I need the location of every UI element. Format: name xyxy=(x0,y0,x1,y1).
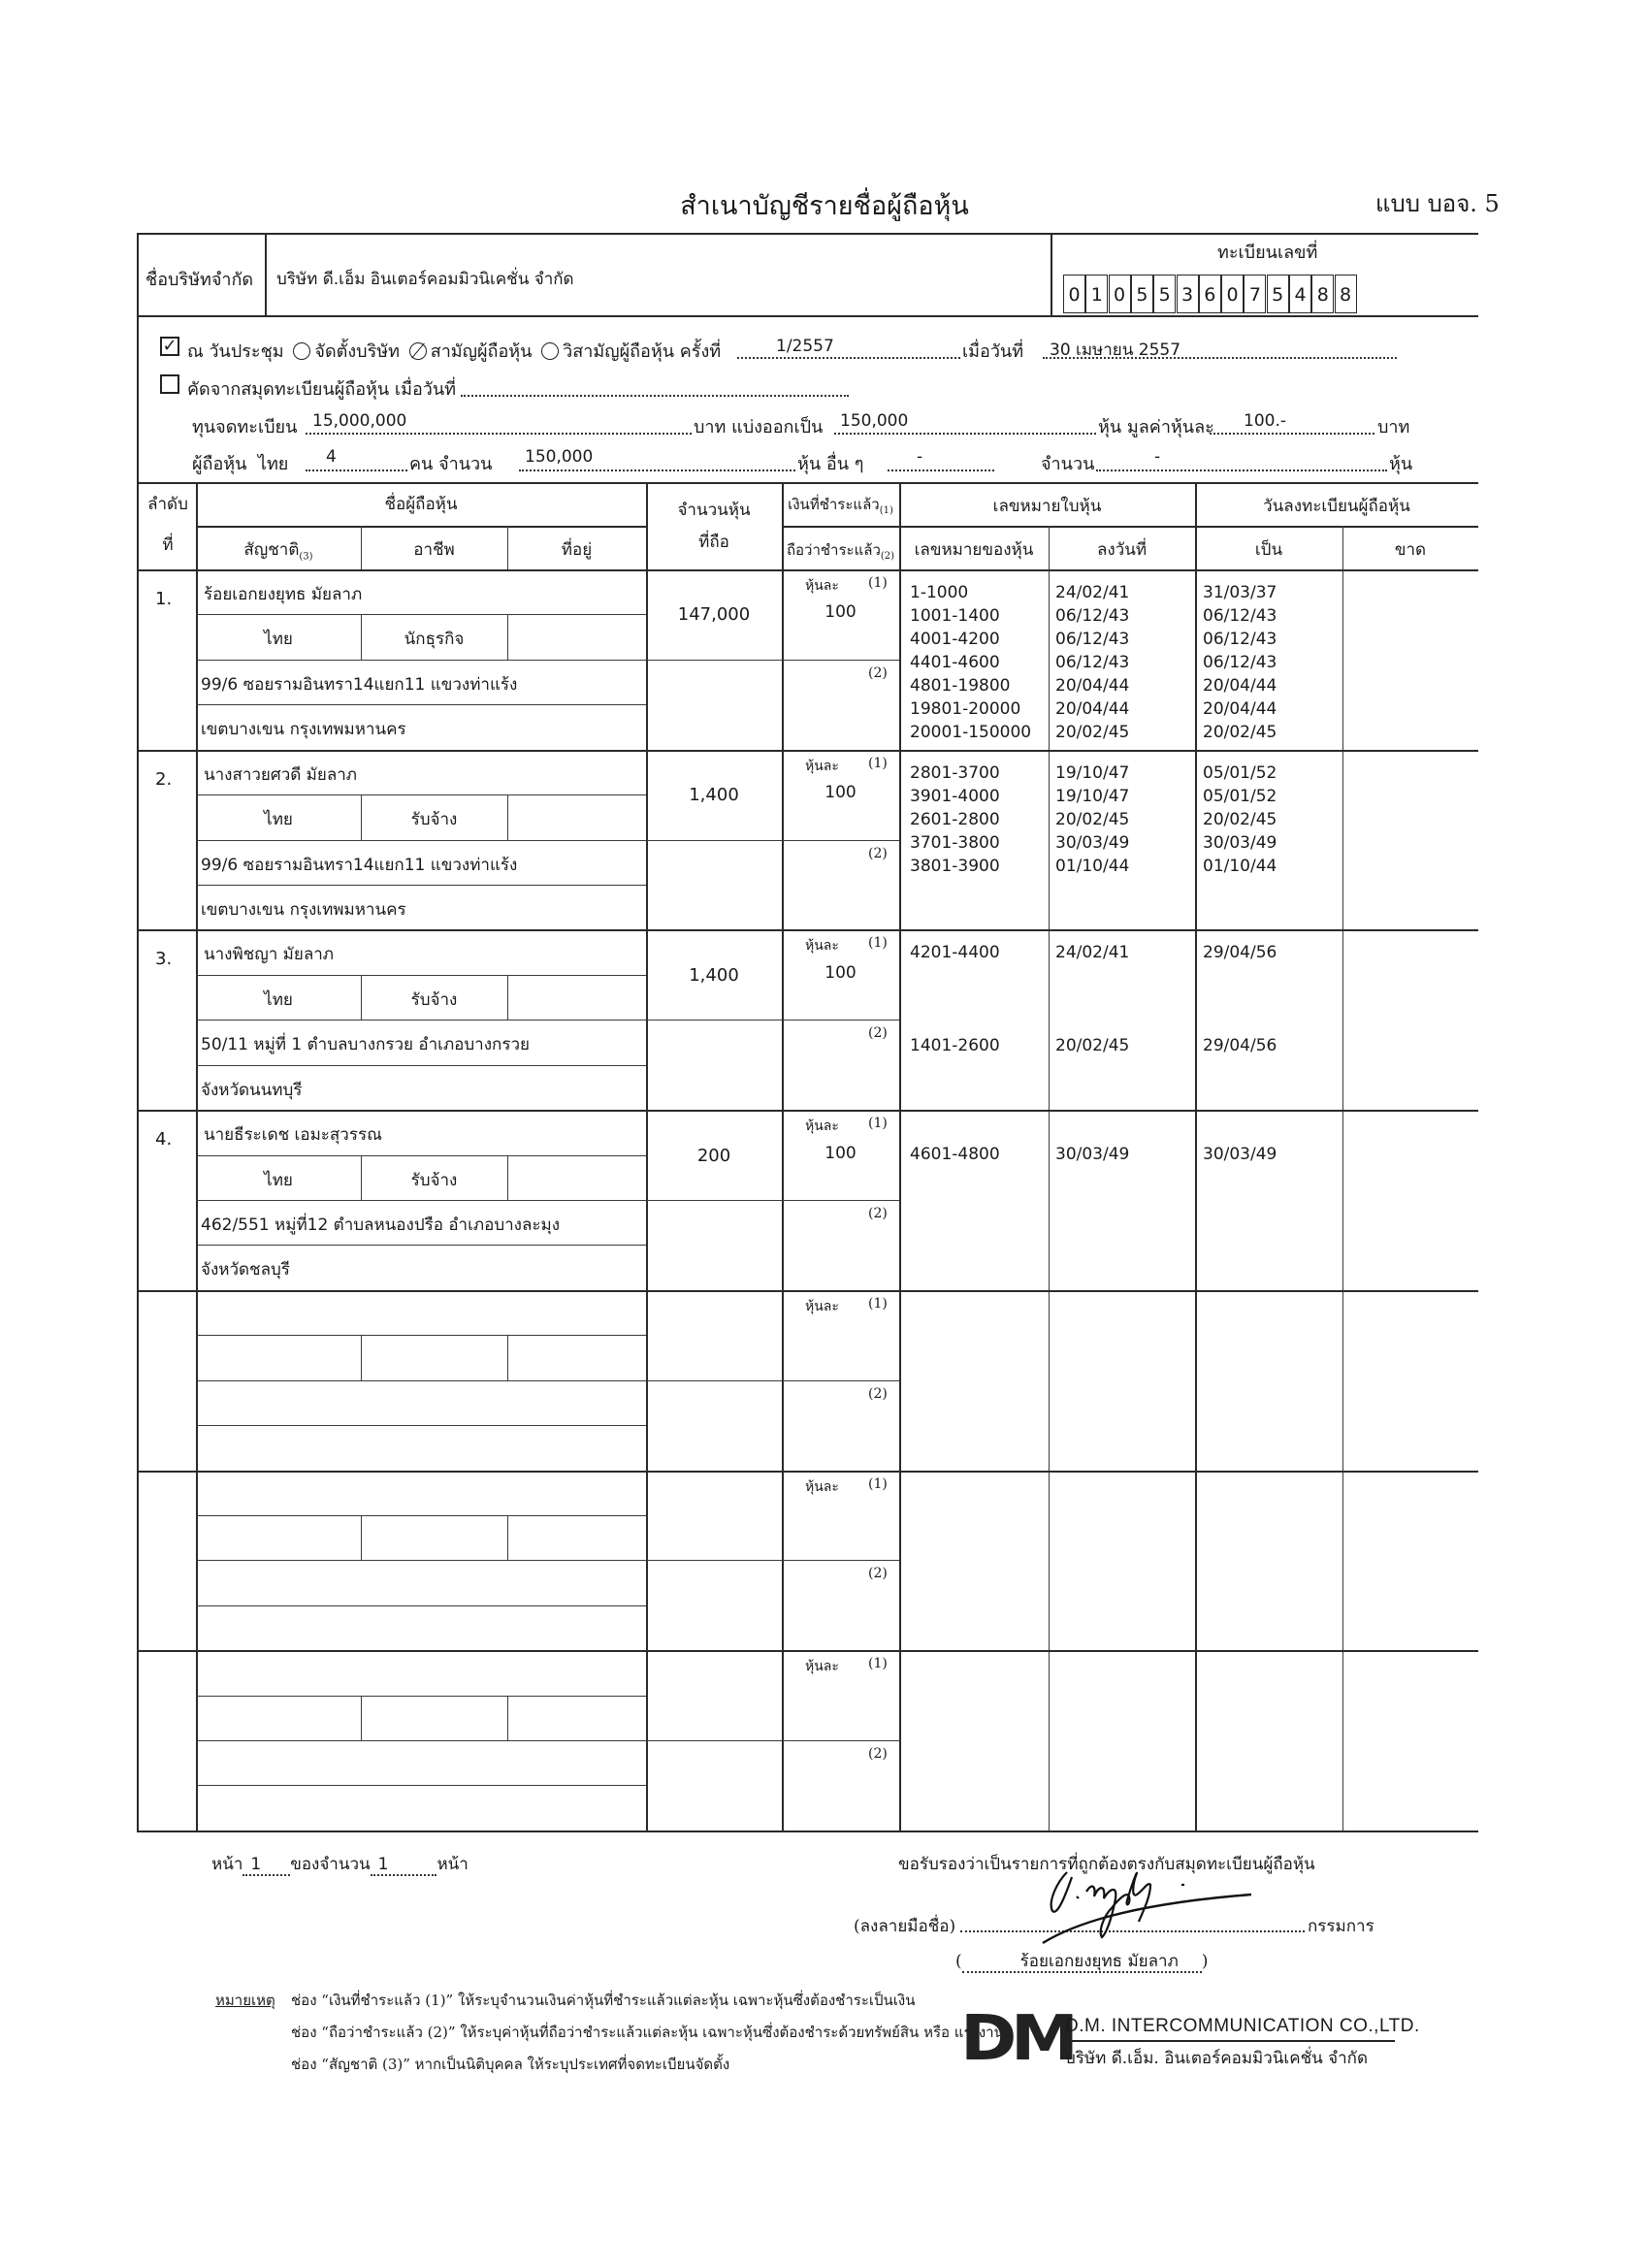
registration-digit: 4 xyxy=(1289,275,1311,313)
mid-sub-divider xyxy=(196,1740,899,1741)
became-date: 05/01/52 xyxy=(1203,785,1277,808)
registration-digit: 0 xyxy=(1109,275,1131,313)
nationality: ไทย xyxy=(196,987,361,1013)
thai-label: ไทย xyxy=(258,454,288,474)
header-no-top: ลำดับ xyxy=(144,491,192,517)
header-cert: เลขหมายใบหุ้น xyxy=(899,493,1195,519)
note-line-2: ช่อง “ถือว่าชำระแล้ว (2)” ให้ระบุค่าหุ้น… xyxy=(291,2021,1004,2044)
registration-digit: 8 xyxy=(1335,275,1357,313)
cert-number: 3701-3800 xyxy=(910,831,1000,855)
radio-founding-label: จัดตั้งบริษัท xyxy=(314,341,400,362)
thai-shares-field[interactable]: 150,000 xyxy=(525,447,593,467)
meeting-checkbox-label: ณ วันประชุม xyxy=(187,341,284,362)
row-number: 3. xyxy=(155,949,172,969)
registration-digit: 5 xyxy=(1267,275,1289,313)
per-share-label: หุ้นละ xyxy=(805,1116,839,1137)
registration-digit: 0 xyxy=(1063,275,1085,313)
header-name: ชื่อผู้ถือหุ้น xyxy=(196,491,646,517)
shareholder-name: นางพิชญา มัยลาภ xyxy=(204,941,334,967)
radio-ordinary[interactable] xyxy=(409,342,427,360)
became-date: 20/02/45 xyxy=(1203,808,1277,831)
row-bottom-border xyxy=(137,929,1478,931)
meeting-date-label: เมื่อวันที่ xyxy=(962,337,1023,365)
occ-divider xyxy=(507,975,508,1020)
became-date: 20/04/44 xyxy=(1203,697,1277,721)
became-date: 29/04/56 xyxy=(1203,941,1277,964)
note-1-label: (1) xyxy=(868,935,888,951)
address-line-2: จังหวัดชลบุรี xyxy=(201,1256,290,1282)
meeting-no-dots xyxy=(737,357,960,359)
par-value-field[interactable]: 100.- xyxy=(1244,411,1286,431)
row-number: 4. xyxy=(155,1129,172,1150)
note-1-label: (1) xyxy=(868,1476,888,1492)
notes-heading: หมายเหตุ xyxy=(215,1989,275,2012)
registration-label: ทะเบียนเลขที่ xyxy=(1217,238,1317,266)
header-paid: เงินที่ชำระแล้ว(1) xyxy=(782,493,899,516)
name-sub-divider xyxy=(196,1335,646,1336)
col-divider-certdate xyxy=(1195,482,1197,1831)
note-1-label: (1) xyxy=(868,1116,888,1131)
became-date: 06/12/43 xyxy=(1203,604,1277,628)
thai-count-dots xyxy=(306,470,407,471)
company-row-bottom xyxy=(137,315,1478,317)
header-occupation: อาชีพ xyxy=(361,536,507,563)
shares-held: 200 xyxy=(646,1146,782,1166)
per-share-label: หุ้นละ xyxy=(805,935,839,956)
address-line-2: เขตบางเขน กรุงเทพมหานคร xyxy=(201,896,406,923)
cert-date: 06/12/43 xyxy=(1055,628,1129,651)
header-name-split xyxy=(196,526,646,528)
addr-sub-divider xyxy=(196,885,646,886)
shares-held: 1,400 xyxy=(646,965,782,986)
shares-end-label: หุ้น xyxy=(1389,449,1412,477)
note-2-label: (2) xyxy=(868,1206,888,1221)
paid-text: เงินที่ชำระแล้ว xyxy=(788,496,880,513)
cert-number: 2601-2800 xyxy=(910,808,1000,831)
address-line-2: จังหวัดนนทบุรี xyxy=(201,1077,302,1103)
row-bottom-border xyxy=(137,1831,1478,1832)
addr-sub-divider xyxy=(196,1065,646,1066)
became-date: 05/01/52 xyxy=(1203,761,1277,785)
of-label: ของจำนวน xyxy=(290,1855,370,1874)
header-no-bottom: ที่ xyxy=(144,532,192,558)
persons-label: คน จำนวน xyxy=(409,449,492,477)
amount-label: จำนวน xyxy=(1041,449,1094,477)
company-label-divider xyxy=(265,233,267,315)
registration-digit: 0 xyxy=(1221,275,1244,313)
sign-label: (ลงลายมือชื่อ) xyxy=(854,1913,955,1939)
total-pages: 1 xyxy=(378,1855,389,1874)
note-line-1: ช่อง “เงินที่ชำระแล้ว (1)” ให้ระบุจำนวนเ… xyxy=(291,1989,916,2012)
occupation: รับจ้าง xyxy=(361,987,507,1013)
note-2-label: (2) xyxy=(868,1746,888,1762)
per-share-label: หุ้นละ xyxy=(805,1656,839,1677)
cert-number: 19801-20000 xyxy=(910,697,1020,721)
nationality-note: (3) xyxy=(299,551,312,562)
stamp-divider xyxy=(1065,2040,1395,2042)
mid-sub-divider xyxy=(196,1380,899,1381)
registration-digit: 3 xyxy=(1177,275,1199,313)
registration-digit: 8 xyxy=(1311,275,1334,313)
became-date: 31/03/37 xyxy=(1203,581,1277,604)
paid-per-share: 100 xyxy=(782,963,899,983)
shares-dots xyxy=(834,433,1096,435)
form-code: แบบ บอจ. 5 xyxy=(1375,184,1500,222)
name-sub-divider xyxy=(196,975,646,976)
dm-logo: DM xyxy=(960,2010,1072,2068)
per-share-label: หุ้นละ xyxy=(805,756,839,777)
shares-held: 1,400 xyxy=(646,785,782,805)
header-became: เป็น xyxy=(1195,536,1342,563)
addr-sub-divider xyxy=(196,1605,646,1606)
header-address: ที่อยู่ xyxy=(507,536,646,563)
signer-name-line: (ร้อยเอกยงยุทธ มัยลาภ) xyxy=(955,1948,1208,1974)
cert-date: 20/02/45 xyxy=(1055,721,1129,744)
meeting-checkbox[interactable]: ✓ xyxy=(160,337,179,356)
addr-sub-divider xyxy=(196,1425,646,1426)
became-date: 06/12/43 xyxy=(1203,651,1277,674)
other-label: หุ้น อื่น ๆ xyxy=(797,449,863,477)
stamp-company-en: D.M. INTERCOMMUNICATION CO.,LTD. xyxy=(1065,2016,1420,2037)
occupation: นักธุรกิจ xyxy=(361,626,507,652)
row-number: 1. xyxy=(155,589,172,609)
meeting-no-label: ครั้งที่ xyxy=(680,341,721,362)
page-number: 1 xyxy=(250,1855,261,1874)
meeting-no-field[interactable]: 1/2557 xyxy=(776,337,834,356)
thai-shares-dots xyxy=(519,470,795,471)
cert-number: 2801-3700 xyxy=(910,761,1000,785)
address-line-1: 99/6 ซอยรามอินทรา14แยก11 แขวงท่าแร้ง xyxy=(201,852,517,878)
became-date: 06/12/43 xyxy=(1203,628,1277,651)
radio-extraordinary-label: วิสามัญผู้ถือหุ้น xyxy=(563,341,674,362)
company-label: ชื่อบริษัทจำกัด xyxy=(145,265,253,293)
name-sub-divider xyxy=(196,1696,646,1697)
mid-sub-divider xyxy=(196,1560,899,1561)
holders-label: ผู้ถือหุ้น ไทย xyxy=(192,449,288,477)
note-1-label: (1) xyxy=(868,575,888,591)
cert-date: 19/10/47 xyxy=(1055,785,1129,808)
note-1-label: (1) xyxy=(868,1656,888,1671)
other-count-field[interactable]: - xyxy=(917,447,922,467)
copy-date-dots xyxy=(461,395,849,397)
header-deemed: ถือว่าชำระแล้ว(2) xyxy=(782,538,899,562)
header-ceased: ขาด xyxy=(1342,536,1478,563)
col-divider-no xyxy=(196,482,198,1831)
meeting-date-field[interactable]: 30 เมษายน 2557 xyxy=(1050,337,1180,363)
name-sub-divider xyxy=(196,1515,646,1516)
note-1-label: (1) xyxy=(868,1296,888,1312)
header-nationality: สัญชาติ(3) xyxy=(196,536,361,563)
row-bottom-border xyxy=(137,1110,1478,1112)
cert-date: 20/04/44 xyxy=(1055,674,1129,697)
name-sub-divider xyxy=(196,794,646,795)
addr-sub-divider xyxy=(196,704,646,705)
became-date: 20/04/44 xyxy=(1203,674,1277,697)
page-label: หน้า xyxy=(211,1855,242,1874)
divided-into-label: บาท แบ่งออกเป็น xyxy=(694,412,823,440)
cert-number: 4201-4400 xyxy=(910,941,1000,964)
par-dots xyxy=(1210,433,1374,435)
address-line-1: 50/11 หมู่ที่ 1 ตำบลบางกรวย อำเภอบางกรวย xyxy=(201,1031,530,1057)
nat-divider xyxy=(361,1335,362,1379)
cert-date: 06/12/43 xyxy=(1055,604,1129,628)
shares-held: 147,000 xyxy=(646,604,782,625)
became-date: 01/10/44 xyxy=(1203,855,1277,878)
cert-date: 19/10/47 xyxy=(1055,761,1129,785)
row-bottom-border xyxy=(137,750,1478,752)
note-2-label: (2) xyxy=(868,1025,888,1041)
header-reg-date: วันลงทะเบียนผู้ถือหุ้น xyxy=(1195,493,1478,519)
cert-date: 24/02/41 xyxy=(1055,581,1129,604)
became-date: 20/02/45 xyxy=(1203,721,1277,744)
page-end-label: หน้า xyxy=(436,1855,468,1874)
meeting-options-line: ณ วันประชุม จัดตั้งบริษัท สามัญผู้ถือหุ้… xyxy=(187,337,721,365)
cert-number: 1401-2600 xyxy=(910,1034,1000,1057)
total-shares-field[interactable]: 150,000 xyxy=(840,411,908,431)
cert-number: 4801-19800 xyxy=(910,674,1010,697)
name-sub-divider xyxy=(196,1155,646,1156)
header-cert-no: เลขหมายของหุ้น xyxy=(899,536,1049,563)
row-bottom-border xyxy=(137,1290,1478,1292)
cert-date: 20/02/45 xyxy=(1055,808,1129,831)
per-share-label: หุ้นละ xyxy=(805,575,839,597)
other-shares-dots xyxy=(1096,470,1387,471)
occ-divider xyxy=(507,1515,508,1560)
registration-digit: 5 xyxy=(1131,275,1153,313)
registered-capital-field[interactable]: 15,000,000 xyxy=(312,411,406,431)
registration-digit: 6 xyxy=(1199,275,1221,313)
cert-number: 1001-1400 xyxy=(910,604,1000,628)
header-shares-bottom: ที่ถือ xyxy=(646,529,782,555)
cert-date: 06/12/43 xyxy=(1055,651,1129,674)
registered-capital-label: ทุนจดทะเบียน xyxy=(192,412,297,440)
signer-name: ร้อยเอกยงยุทธ มัยลาภ xyxy=(1020,1952,1179,1971)
occ-divider xyxy=(507,794,508,839)
shareholder-name: นางสาวยศวดี มัยลาภ xyxy=(204,761,357,788)
cert-number: 1-1000 xyxy=(910,581,968,604)
occ-divider xyxy=(507,1335,508,1379)
address-line-1: 462/551 หมู่ที่12 ตำบลหนองปรือ อำเภอบางล… xyxy=(201,1212,560,1238)
occ-divider xyxy=(507,1696,508,1740)
nationality-text: สัญชาติ xyxy=(243,540,299,560)
shareholder-name: นายธีระเดช เอมะสุวรรณ xyxy=(204,1121,382,1148)
registration-digit: 7 xyxy=(1244,275,1266,313)
cert-number: 4401-4600 xyxy=(910,651,1000,674)
cert-date: 20/02/45 xyxy=(1055,1034,1129,1057)
paid-per-share: 100 xyxy=(782,1144,899,1163)
row-bottom-border xyxy=(137,1650,1478,1652)
copy-checkbox-label: คัดจากสมุดทะเบียนผู้ถือหุ้น เมื่อวันที่ xyxy=(187,374,456,403)
registration-digit: 5 xyxy=(1153,275,1176,313)
mid-sub-divider xyxy=(196,1020,899,1021)
nat-divider xyxy=(361,1515,362,1560)
cert-date: 20/04/44 xyxy=(1055,697,1129,721)
became-date: 29/04/56 xyxy=(1203,1034,1277,1057)
deemed-text: ถือว่าชำระแล้ว xyxy=(787,541,881,559)
radio-founding[interactable] xyxy=(293,342,310,360)
radio-ordinary-label: สามัญผู้ถือหุ้น xyxy=(431,341,533,362)
signature-icon xyxy=(1028,1858,1319,1955)
note-2-label: (2) xyxy=(868,1566,888,1581)
note-line-3: ช่อง “สัญชาติ (3)” หากเป็นนิติบุคคล ให้ร… xyxy=(291,2053,729,2076)
mid-sub-divider xyxy=(196,660,899,661)
per-share-label: หุ้นละ xyxy=(805,1476,839,1498)
baht-label: บาท xyxy=(1377,412,1409,440)
nationality: ไทย xyxy=(196,1167,361,1193)
mid-sub-divider xyxy=(196,840,899,841)
stamp-company-th: บริษัท ดี.เอ็ม. อินเตอร์คอมมิวนิเคชั่น จ… xyxy=(1065,2045,1368,2071)
occ-divider xyxy=(507,1155,508,1200)
per-share-label: หุ้นละ xyxy=(805,1296,839,1317)
registration-digit: 1 xyxy=(1085,275,1108,313)
occupation: รับจ้าง xyxy=(361,1167,507,1193)
became-date: 30/03/49 xyxy=(1203,1143,1277,1166)
cert-date: 30/03/49 xyxy=(1055,831,1129,855)
page-indicator: หน้า1ของจำนวน1หน้า xyxy=(211,1851,469,1877)
radio-extraordinary[interactable] xyxy=(541,342,559,360)
registration-divider xyxy=(1051,233,1052,315)
thai-count-field[interactable]: 4 xyxy=(326,447,337,467)
addr-sub-divider xyxy=(196,1785,646,1786)
row-number: 2. xyxy=(155,769,172,790)
cert-number: 4001-4200 xyxy=(910,628,1000,651)
cert-number: 3801-3900 xyxy=(910,855,1000,878)
table-top-border xyxy=(137,233,1478,235)
col-divider-became xyxy=(1342,526,1343,1831)
hdr-divider-occ xyxy=(507,526,508,569)
became-date: 30/03/49 xyxy=(1203,831,1277,855)
note-2-label: (2) xyxy=(868,1386,888,1402)
address-line-1: 99/6 ซอยรามอินทรา14แยก11 แขวงท่าแร้ง xyxy=(201,671,517,697)
table-left-border xyxy=(137,233,139,1831)
address-line-2: เขตบางเขน กรุงเทพมหานคร xyxy=(201,716,406,742)
header-bottom-border xyxy=(137,569,1478,571)
header-cert-date: ลงวันที่ xyxy=(1049,536,1195,563)
paid-per-share: 100 xyxy=(782,602,899,622)
header-shares-top: จำนวนหุ้น xyxy=(646,497,782,523)
copy-checkbox[interactable] xyxy=(160,374,179,394)
cert-number: 3901-4000 xyxy=(910,785,1000,808)
col-divider-cert xyxy=(1049,526,1050,1831)
hdr-divider-nat xyxy=(361,526,362,569)
nationality: ไทย xyxy=(196,626,361,652)
cert-number: 20001-150000 xyxy=(910,721,1031,744)
cert-number: 4601-4800 xyxy=(910,1143,1000,1166)
note-2-label: (2) xyxy=(868,665,888,681)
other-shares-field[interactable]: - xyxy=(1154,447,1160,467)
cert-date: 01/10/44 xyxy=(1055,855,1129,878)
header-top-border xyxy=(137,482,1478,484)
mid-sub-divider xyxy=(196,1200,899,1201)
note-1-label: (1) xyxy=(868,756,888,771)
note-2-label: (2) xyxy=(868,846,888,861)
occupation: รับจ้าง xyxy=(361,806,507,832)
nat-divider xyxy=(361,1696,362,1740)
registered-dots xyxy=(306,433,692,435)
shareholder-name: ร้อยเอกยงยุทธ มัยลาภ xyxy=(204,581,362,607)
nationality: ไทย xyxy=(196,806,361,832)
paid-per-share: 100 xyxy=(782,783,899,802)
addr-sub-divider xyxy=(196,1245,646,1246)
header-right-split xyxy=(782,526,1478,528)
holders-summary-label: ผู้ถือหุ้น xyxy=(192,454,246,474)
par-value-label: หุ้น มูลค่าหุ้นละ xyxy=(1098,412,1214,440)
cert-date: 30/03/49 xyxy=(1055,1143,1129,1166)
other-count-dots xyxy=(888,470,994,471)
paid-note: (1) xyxy=(880,505,893,516)
cert-date: 24/02/41 xyxy=(1055,941,1129,964)
occ-divider xyxy=(507,614,508,659)
company-name: บริษัท ดี.เอ็ม อินเตอร์คอมมิวนิเคชั่น จำ… xyxy=(276,266,574,292)
col-divider-paid xyxy=(899,482,901,1831)
name-sub-divider xyxy=(196,614,646,615)
deemed-note: (2) xyxy=(881,551,894,562)
row-bottom-border xyxy=(137,1471,1478,1473)
